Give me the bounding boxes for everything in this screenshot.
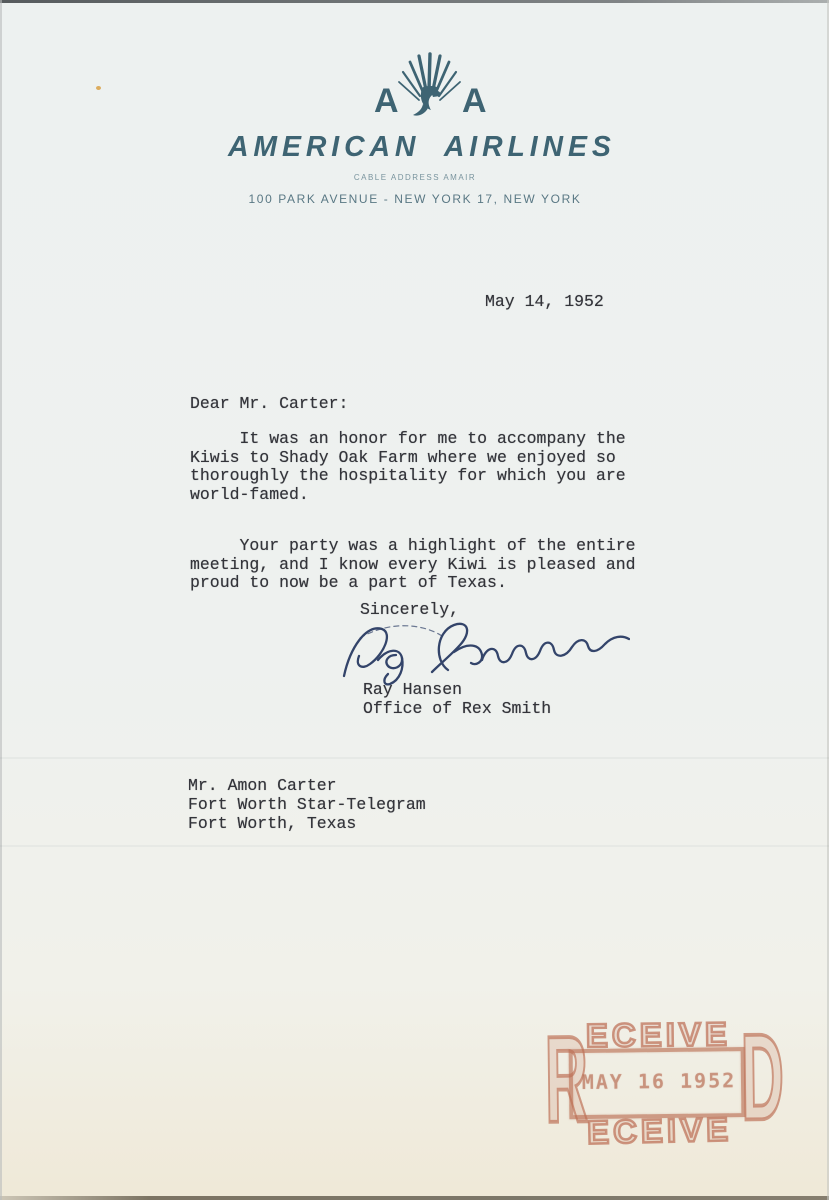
logo-letter-a-left: A	[374, 82, 399, 120]
stamp-date: MAY 16 1952	[579, 1068, 739, 1094]
stamp-letter-d: D	[740, 1017, 784, 1140]
headquarters-address-line: 100 PARK AVENUE - NEW YORK 17, NEW YORK	[215, 192, 615, 206]
received-stamp: R D ECEIVE ECEIVE MAY 16 1952	[542, 1012, 794, 1153]
scan-edge-left	[0, 0, 2, 1200]
paper-crease	[0, 845, 829, 847]
stamp-word-bottom: ECEIVE	[579, 1112, 740, 1149]
paper-crease	[0, 757, 829, 759]
recipient-address-block: Mr. Amon Carter Fort Worth Star-Telegram…	[188, 776, 426, 833]
typed-signature-name: Ray Hansen	[363, 681, 462, 700]
american-airlines-eagle-logo-icon: A A	[370, 46, 490, 120]
typed-signature-title: Office of Rex Smith	[363, 700, 551, 719]
salutation: Dear Mr. Carter:	[190, 395, 348, 414]
logo-letter-a-right: A	[462, 82, 487, 120]
body-paragraph-1: It was an honor for me to accompany the …	[190, 430, 626, 504]
scan-edge-top	[0, 0, 829, 3]
scanned-letter-page: A A AMERICAN AIRLINES CABLE ADDRESS AMAI…	[0, 0, 829, 1200]
stamp-word-top: ECEIVE	[578, 1017, 738, 1052]
company-name: AMERICAN AIRLINES	[228, 131, 600, 164]
body-paragraph-2: Your party was a highlight of the entire…	[190, 537, 636, 593]
letter-date: May 14, 1952	[485, 293, 604, 312]
scan-edge-bottom	[0, 1196, 829, 1200]
paper-fleck	[96, 86, 101, 90]
cable-address-line: CABLE ADDRESS AMAIR	[265, 173, 565, 182]
